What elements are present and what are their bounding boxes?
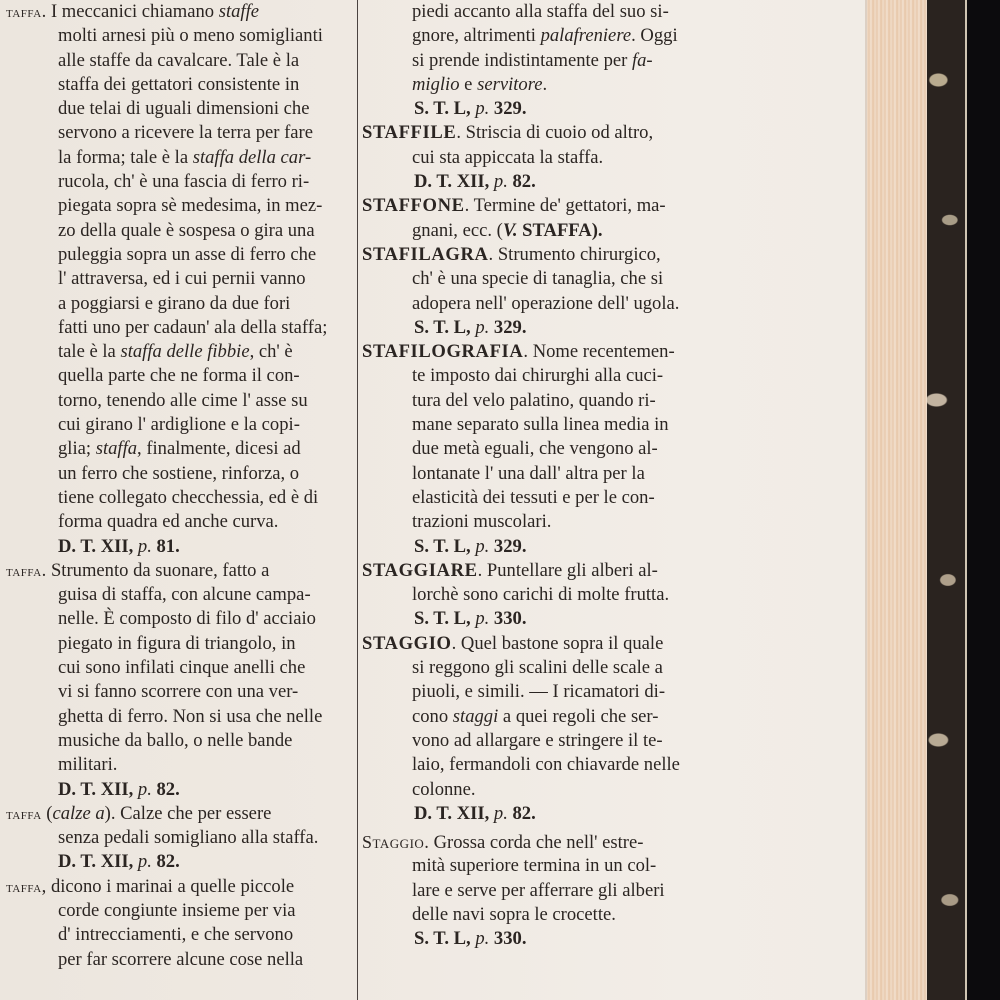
entry-text: due telai di uguali dimensioni che	[6, 97, 352, 121]
entry-text: alle staffe da cavalcare. Tale è la	[6, 49, 352, 73]
entry-text: . I meccanici chiamano	[42, 1, 219, 22]
entry-text: delle navi sopra le crocette.	[362, 903, 732, 927]
entry-continuation: piedi accanto alla staffa del suo si- gn…	[362, 0, 732, 121]
headword: STAGGIARE	[362, 560, 478, 581]
entry-staggio-2: Staggio. Grossa corda che nell' estre- m…	[362, 830, 732, 951]
dark-background	[967, 0, 1000, 1000]
entry-staffile: STAFFILE. Striscia di cuoio od altro, cu…	[362, 121, 732, 194]
headword: taffa	[6, 564, 42, 580]
italic-term: V.	[503, 220, 518, 241]
entry-text: . Striscia di cuoio od altro,	[456, 122, 653, 143]
italic-term: palafreniere	[541, 25, 632, 46]
headword: STAFILOGRAFIA	[362, 341, 523, 362]
entry-text: cui sta appiccata la staffa.	[362, 146, 732, 170]
entry-text: forma quadra ed anche curva.	[6, 510, 352, 534]
column-divider	[357, 0, 358, 1000]
entry-text: tiene collegato checchessia, ed è di	[6, 486, 352, 510]
entry-text: torno, tenendo alle cime l' asse su	[6, 389, 352, 413]
entry-text: si prende indistintamente per	[412, 50, 632, 71]
entry-text: ch' è una specie di tanaglia, che si	[362, 267, 732, 291]
entry-text: gnore, altrimenti	[412, 25, 541, 46]
entry-text: elasticità dei tessuti e per le con-	[362, 486, 732, 510]
entry-text: puleggia sopra un asse di ferro che	[6, 243, 352, 267]
headword: taffa	[6, 807, 42, 823]
entry-text: cono	[412, 706, 453, 727]
source-reference: S. T. L, p. 329.	[362, 535, 732, 559]
entry-text: staffa dei gettatori consistente in	[6, 73, 352, 97]
entry-text: vono ad allargare e stringere il te-	[362, 729, 732, 753]
entry-text: colonne.	[362, 778, 732, 802]
entry-text: guisa di staffa, con alcune campa-	[6, 583, 352, 607]
entry-staggiare: STAGGIARE. Puntellare gli alberi al- lor…	[362, 559, 732, 632]
entry-stafilagra: STAFILAGRA. Strumento chirurgico, ch' è …	[362, 243, 732, 340]
entry-text: l' attraversa, ed i cui pernii vanno	[6, 267, 352, 291]
headword: STAFFONE	[362, 195, 465, 216]
entry-text: per far scorrere alcune cose nella	[6, 948, 352, 972]
left-column: taffa. I meccanici chiamano staffe molti…	[6, 0, 352, 972]
entry-text: molti arnesi più o meno somiglianti	[6, 24, 352, 48]
source-reference: S. T. L, p. 329.	[362, 97, 732, 121]
italic-term: staffe	[219, 1, 259, 22]
entry-taffa-4: taffa, dicono i marinai a quelle piccole…	[6, 875, 352, 972]
entry-text: tale è la	[58, 341, 120, 362]
entry-text: senza pedali somigliano alla staffa.	[6, 826, 352, 850]
source-reference: D. T. XII, p. 82.	[6, 778, 352, 802]
entry-text: fatti uno per cadaun' ala della staffa;	[6, 316, 352, 340]
entry-text: glia;	[58, 438, 96, 459]
entry-text: lare e serve per afferrare gli alberi	[362, 879, 732, 903]
entry-text: . Quel bastone sopra il quale	[452, 633, 664, 654]
entry-text: militari.	[6, 753, 352, 777]
entry-text: te imposto dai chirurghi alla cuci-	[362, 364, 732, 388]
entry-text: . Strumento da suonare, fatto a	[42, 560, 270, 581]
entry-text: la forma; tale è la	[58, 147, 193, 168]
source-reference: S. T. L, p. 329.	[362, 316, 732, 340]
source-reference: D. T. XII, p. 82.	[362, 170, 732, 194]
entry-text: adopera nell' operazione dell' ugola.	[362, 292, 732, 316]
entry-text: un ferro che sostiene, rinforza, o	[6, 462, 352, 486]
entry-text: . Oggi	[631, 25, 677, 46]
entry-staggio: STAGGIO. Quel bastone sopra il quale si …	[362, 632, 732, 826]
entry-staffone: STAFFONE. Termine de' gettatori, ma- gna…	[362, 194, 732, 243]
entry-text: nelle. È composto di filo d' acciaio	[6, 607, 352, 631]
entry-text: vi si fanno scorrere con una ver-	[6, 680, 352, 704]
entry-text: piegata sopra sè medesima, in mez-	[6, 194, 352, 218]
entry-text: (	[42, 803, 53, 824]
cross-reference: STAFFA).	[518, 220, 603, 241]
headword: Staggio	[362, 832, 424, 852]
source-reference: S. T. L, p. 330.	[362, 607, 732, 631]
entry-text: lontanate l' una dall' altra per la	[362, 462, 732, 486]
entry-text: a poggiarsi e girano da due fori	[6, 292, 352, 316]
entry-text: zo della quale è sospesa o gira una	[6, 219, 352, 243]
entry-text: corde congiunte insieme per via	[6, 899, 352, 923]
entry-text: mane separato sulla linea media in	[362, 413, 732, 437]
headword: taffa	[6, 5, 42, 21]
entry-text: , ch' è	[250, 341, 293, 362]
entry-text: musiche da ballo, o nelle bande	[6, 729, 352, 753]
entry-taffa-1: taffa. I meccanici chiamano staffe molti…	[6, 0, 352, 559]
entry-text: d' intrecciamenti, e che servono	[6, 923, 352, 947]
italic-term: staffa delle fibbie	[120, 341, 249, 362]
entry-text: a quei regoli che ser-	[498, 706, 658, 727]
entry-text: .	[543, 74, 548, 95]
entry-text: . Puntellare gli alberi al-	[478, 560, 658, 581]
headword: STAFFILE	[362, 122, 456, 143]
entry-text: servono a ricevere la terra per fare	[6, 121, 352, 145]
entry-text: , dicono i marinai a quelle piccole	[42, 876, 294, 897]
italic-term: miglio	[412, 74, 460, 95]
entry-text: rucola, ch' è una fascia di ferro ri-	[6, 170, 352, 194]
entry-text: si reggono gli scalini delle scale a	[362, 656, 732, 680]
headword: STAGGIO	[362, 633, 452, 654]
source-reference: S. T. L, p. 330.	[362, 927, 732, 951]
entry-text: , finalmente, dicesi ad	[137, 438, 301, 459]
entry-text: e	[460, 74, 478, 95]
entry-text: quella parte che ne forma il con-	[6, 364, 352, 388]
entry-text: piuoli, e simili. — I ricamatori di-	[362, 680, 732, 704]
italic-term: fa-	[632, 50, 653, 71]
italic-term: calze a	[53, 803, 105, 824]
entry-text: lorchè sono carichi di molte frutta.	[362, 583, 732, 607]
headword: STAFILAGRA	[362, 244, 489, 265]
entry-text: gnani, ecc. (	[412, 220, 503, 241]
entry-text: cui girano l' ardiglione e la copi-	[6, 413, 352, 437]
entry-text: . Nome recentemen-	[523, 341, 674, 362]
page-edges	[865, 0, 929, 1000]
entry-text: laio, fermandoli con chiavarde nelle	[362, 753, 732, 777]
italic-term: staffa	[96, 438, 137, 459]
entry-text: cui sono infilati cinque anelli che	[6, 656, 352, 680]
entry-taffa-2: taffa. Strumento da suonare, fatto a gui…	[6, 559, 352, 802]
entry-text: tura del velo palatino, quando ri-	[362, 389, 732, 413]
entry-text: trazioni muscolari.	[362, 510, 732, 534]
entry-text: . Termine de' gettatori, ma-	[465, 195, 666, 216]
source-reference: D. T. XII, p. 82.	[6, 850, 352, 874]
italic-term: servitore	[477, 74, 542, 95]
right-column: piedi accanto alla staffa del suo si- gn…	[362, 0, 732, 952]
entry-text: . Strumento chirurgico,	[489, 244, 661, 265]
source-reference: D. T. XII, p. 81.	[6, 535, 352, 559]
italic-term: staggi	[453, 706, 498, 727]
entry-text: piegato in figura di triangolo, in	[6, 632, 352, 656]
marbled-cover	[927, 0, 967, 1000]
entry-text: due metà eguali, che vengono al-	[362, 437, 732, 461]
italic-term: staffa della car-	[193, 147, 311, 168]
source-reference: D. T. XII, p. 82.	[362, 802, 732, 826]
entry-text: mità superiore termina in un col-	[362, 854, 732, 878]
entry-text: ). Calze che per essere	[105, 803, 272, 824]
entry-text: piedi accanto alla staffa del suo si-	[362, 0, 732, 24]
headword: taffa	[6, 880, 42, 896]
entry-stafilografia: STAFILOGRAFIA. Nome recentemen- te impos…	[362, 340, 732, 559]
entry-text: ghetta di ferro. Non si usa che nelle	[6, 705, 352, 729]
entry-taffa-3: taffa (calze a). Calze che per essere se…	[6, 802, 352, 875]
entry-text: . Grossa corda che nell' estre-	[424, 832, 643, 853]
